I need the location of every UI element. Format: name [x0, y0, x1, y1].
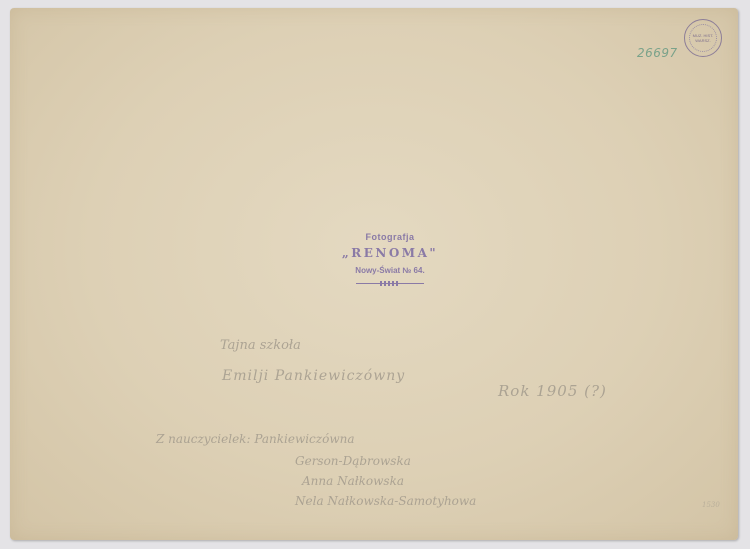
studio-stamp: Fotografja „RENOMA" Nowy-Świat № 64.	[300, 232, 480, 286]
studio-stamp-label: Fotografja	[300, 232, 480, 242]
handwritten-teachers-label: Z nauczycielek: Pankiewiczówna	[156, 432, 354, 446]
photo-card-back: MUZ. HIST. WARSZ. 26697 Fotografja „RENO…	[10, 8, 738, 540]
studio-name: „RENOMA"	[300, 246, 480, 260]
handwritten-teacher: Nela Nałkowska-Samotyhowa	[295, 494, 476, 508]
handwritten-year: Rok 1905 (?)	[498, 382, 607, 400]
studio-address: Nowy-Świat № 64.	[300, 266, 480, 275]
corner-note: 1530	[702, 501, 720, 509]
ornament-divider	[356, 281, 424, 286]
inventory-number: 26697	[637, 46, 678, 60]
museum-stamp-text: MUZ. HIST. WARSZ.	[685, 33, 721, 43]
handwritten-school-name: Emilji Pankiewiczówny	[222, 368, 405, 384]
handwritten-title: Tajna szkoła	[220, 338, 301, 353]
museum-stamp: MUZ. HIST. WARSZ.	[684, 19, 722, 57]
handwritten-teacher: Gerson-Dąbrowska	[295, 454, 411, 468]
handwritten-teacher: Anna Nałkowska	[302, 474, 404, 488]
